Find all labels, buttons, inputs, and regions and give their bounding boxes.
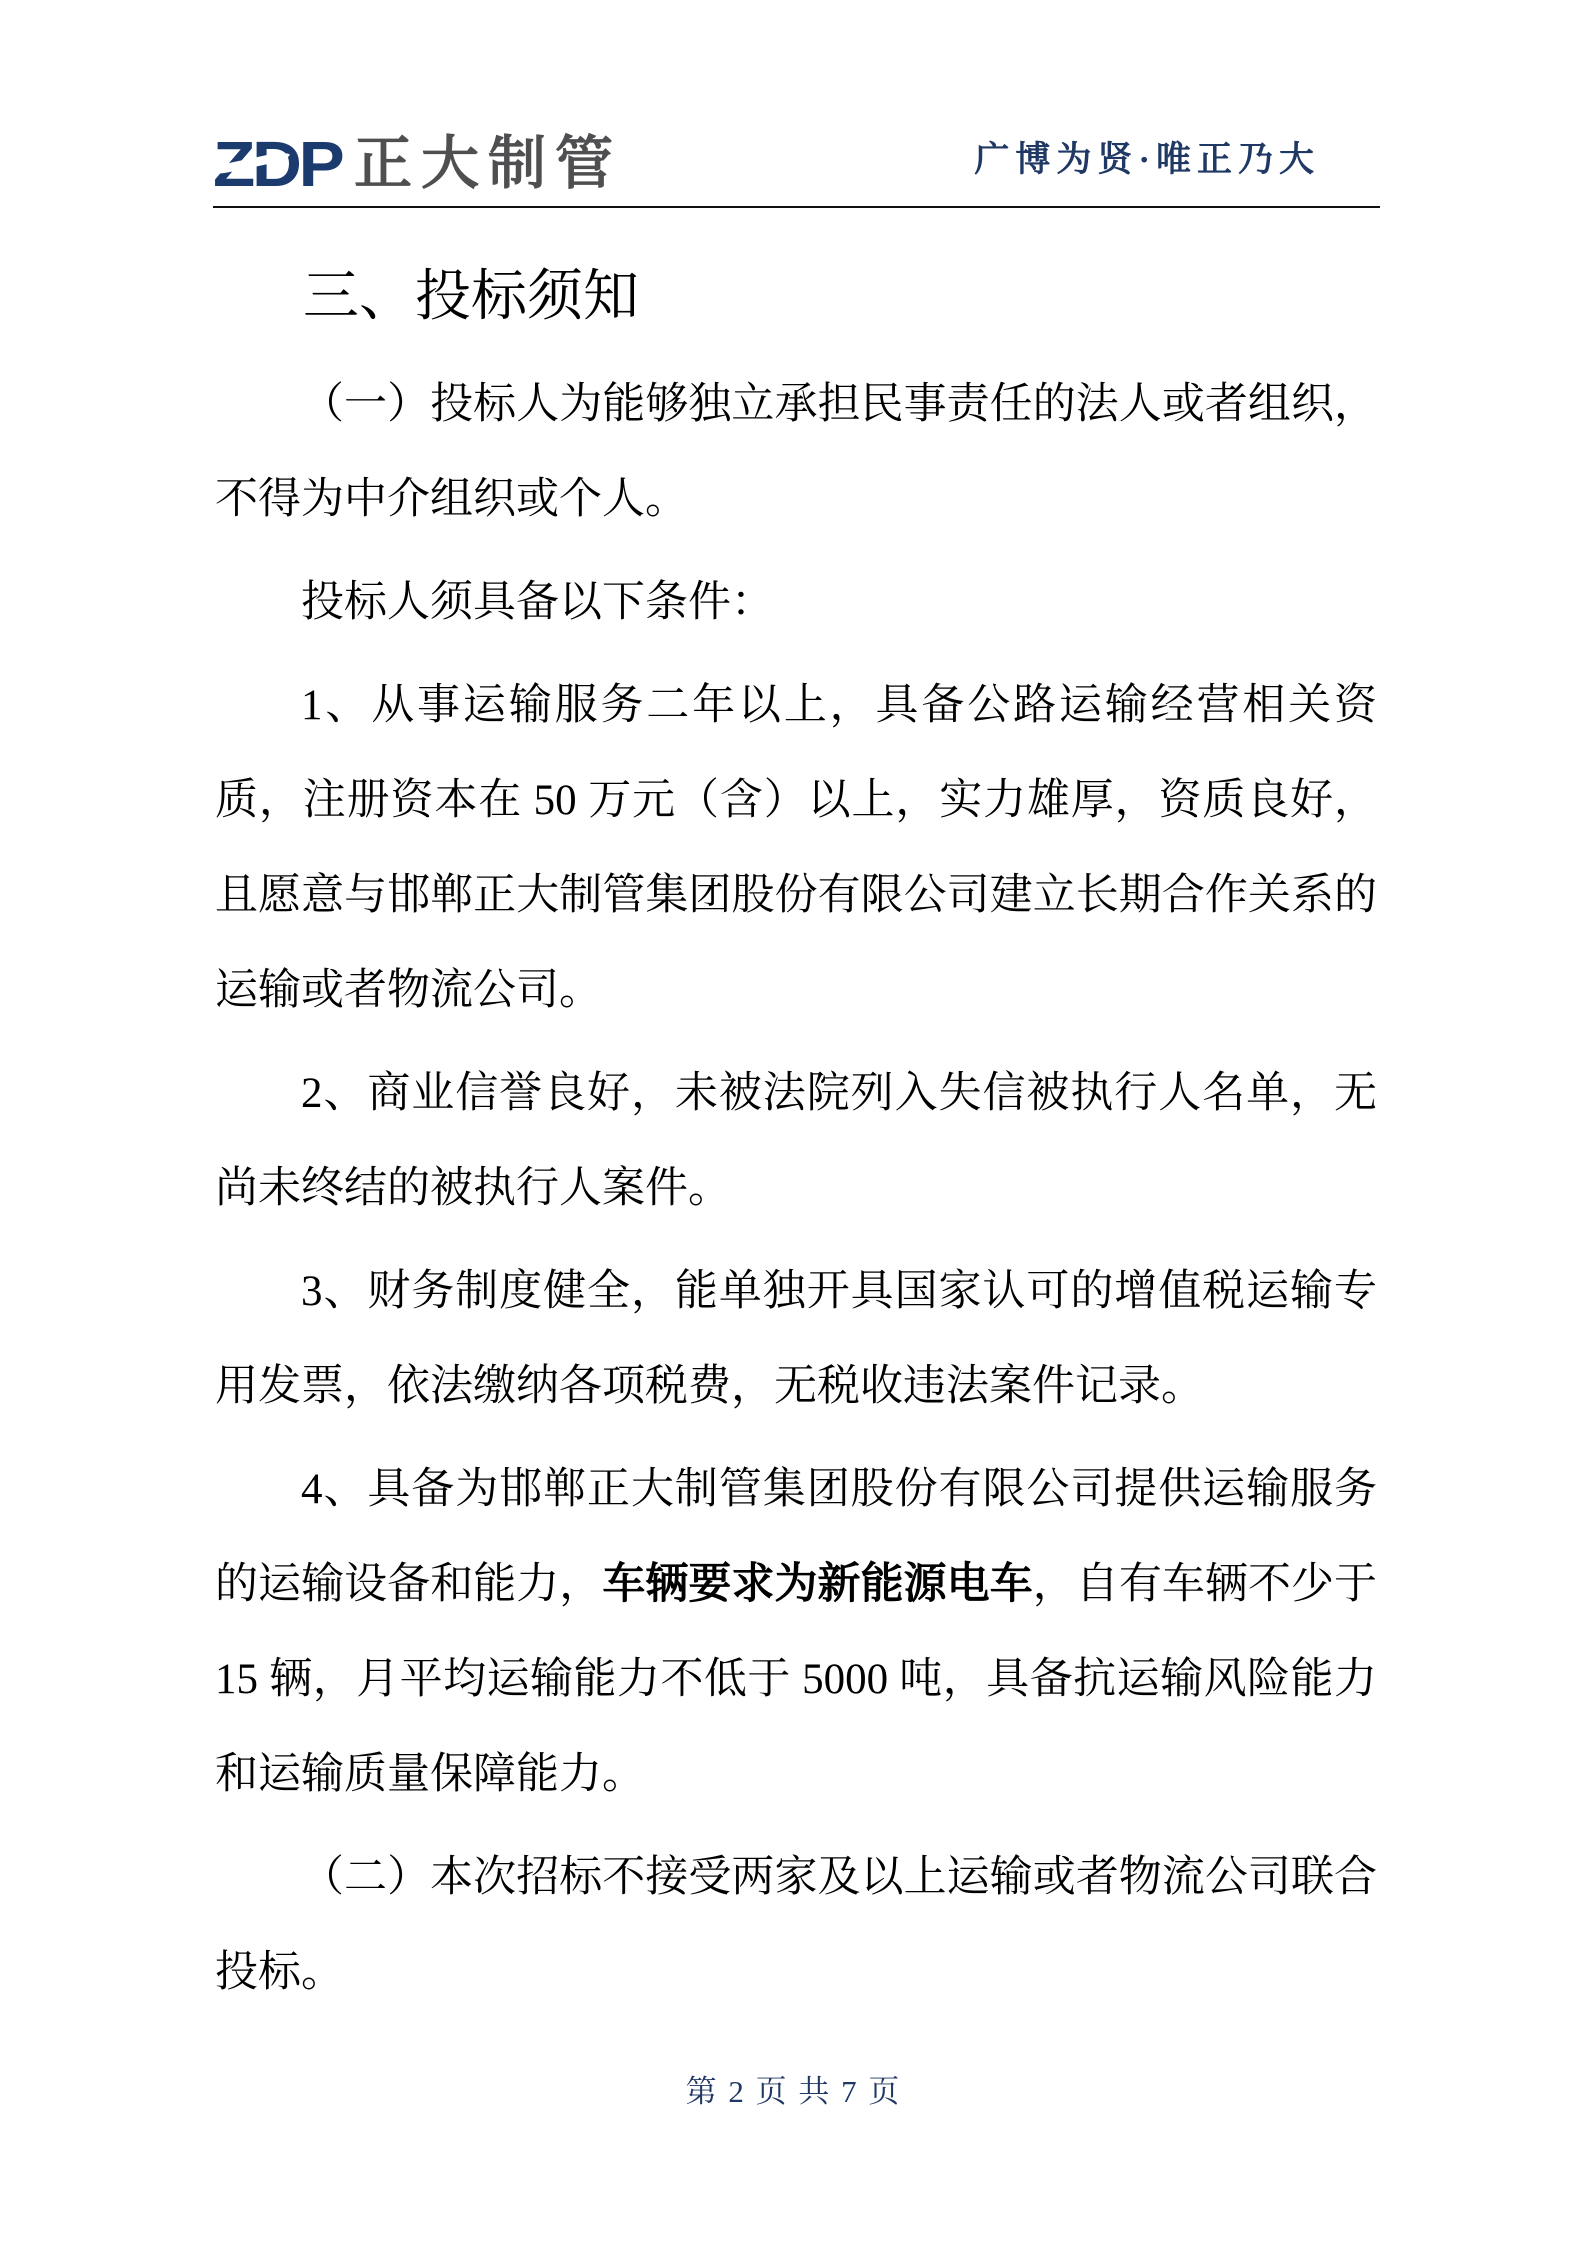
paragraph: 2、商业信誉良好，未被法院列入失信被执行人名单，无尚未终结的被执行人案件。 [215, 1046, 1377, 1236]
paragraph: （二）本次招标不接受两家及以上运输或者物流公司联合投标。 [215, 1830, 1377, 2020]
text-run: 3、财务制度健全，能单独开具国家认可的增值税运输专用发票，依法缴纳各项税费，无税… [215, 1268, 1377, 1410]
page-number: 第 2 页 共 7 页 [0, 2072, 1587, 2112]
document-page: ZDP 正大制管 广博为贤·唯正乃大 三、投标须知 （一）投标人为能够独立承担民… [0, 0, 1587, 2245]
text-run: （二）本次招标不接受两家及以上运输或者物流公司联合投标。 [215, 1854, 1377, 1996]
paragraph: （一）投标人为能够独立承担民事责任的法人或者组织，不得为中介组织或个人。 [215, 357, 1377, 547]
logo-wordmark: 正大制管 [354, 134, 622, 194]
header-divider [213, 206, 1380, 208]
document-title: 三、投标须知 [215, 245, 1377, 349]
paragraph: 4、具备为邯郸正大制管集团股份有限公司提供运输服务的运输设备和能力，车辆要求为新… [215, 1442, 1377, 1822]
company-slogan: 广博为贤·唯正乃大 [974, 136, 1320, 184]
emphasis-text: 车辆要求为新能源电车 [602, 1561, 1032, 1608]
text-run: 投标人须具备以下条件： [301, 579, 774, 626]
paragraph: 1、从事运输服务二年以上，具备公路运输经营相关资质，注册资本在 50 万元（含）… [215, 658, 1377, 1038]
paragraph: 3、财务制度健全，能单独开具国家认可的增值税运输专用发票，依法缴纳各项税费，无税… [215, 1244, 1377, 1434]
text-run: 2、商业信誉良好，未被法院列入失信被执行人名单，无尚未终结的被执行人案件。 [215, 1070, 1377, 1212]
paragraph: 投标人须具备以下条件： [215, 555, 1377, 650]
logo-zdp-mark: ZDP [213, 132, 342, 196]
document-body: 三、投标须知 （一）投标人为能够独立承担民事责任的法人或者组织，不得为中介组织或… [215, 245, 1377, 2020]
text-run: 1、从事运输服务二年以上，具备公路运输经营相关资质，注册资本在 50 万元（含）… [215, 682, 1377, 1014]
company-logo: ZDP 正大制管 [213, 132, 622, 196]
text-run: （一）投标人为能够独立承担民事责任的法人或者组织，不得为中介组织或个人。 [215, 381, 1377, 523]
page-header: ZDP 正大制管 广博为贤·唯正乃大 [0, 0, 1587, 215]
